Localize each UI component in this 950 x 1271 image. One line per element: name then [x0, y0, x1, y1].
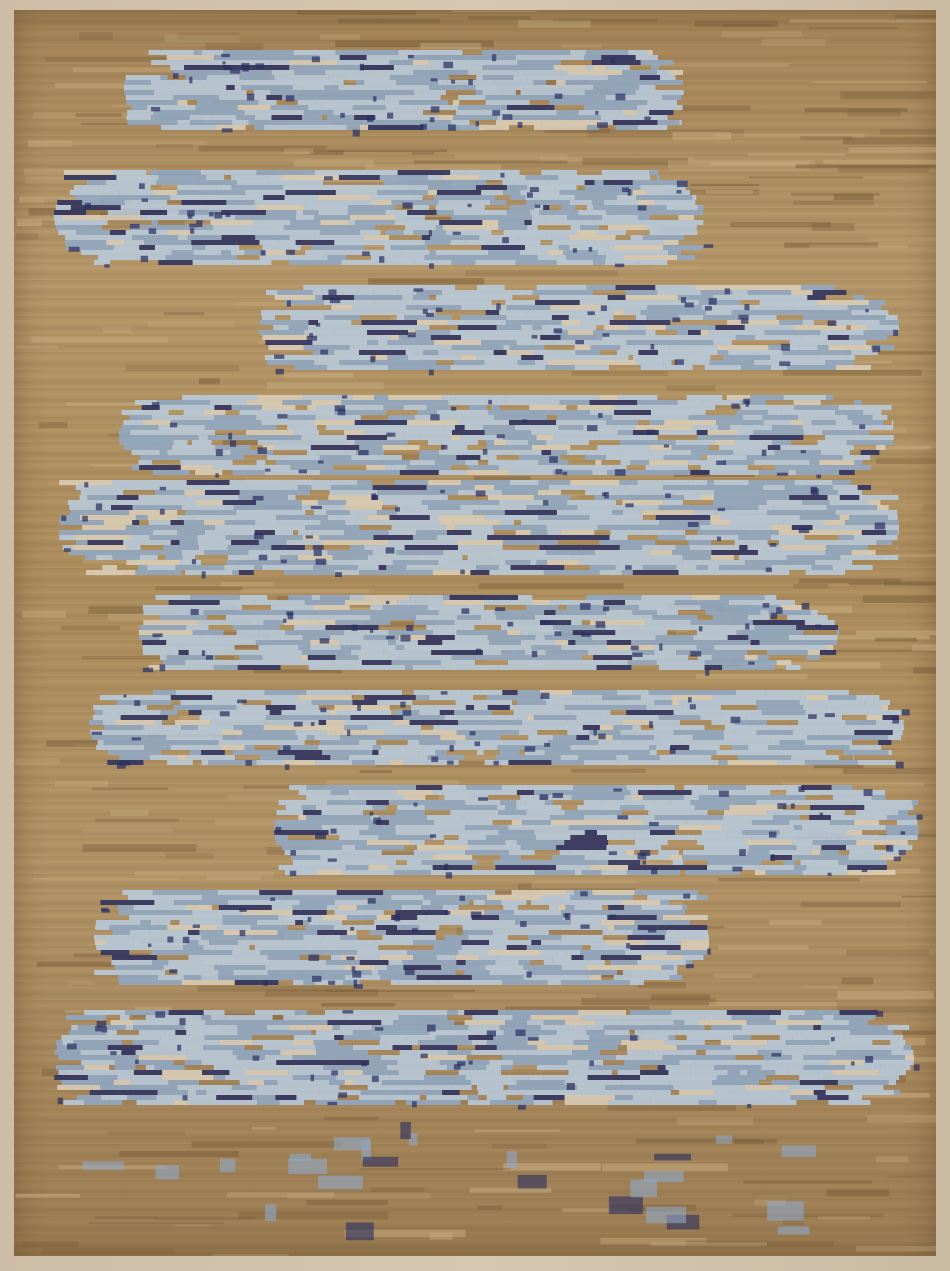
rug-pattern: [14, 10, 936, 1256]
rug-photo: Hand-knotted abstract rug with horizonta…: [0, 0, 950, 1271]
rug: [14, 10, 936, 1256]
